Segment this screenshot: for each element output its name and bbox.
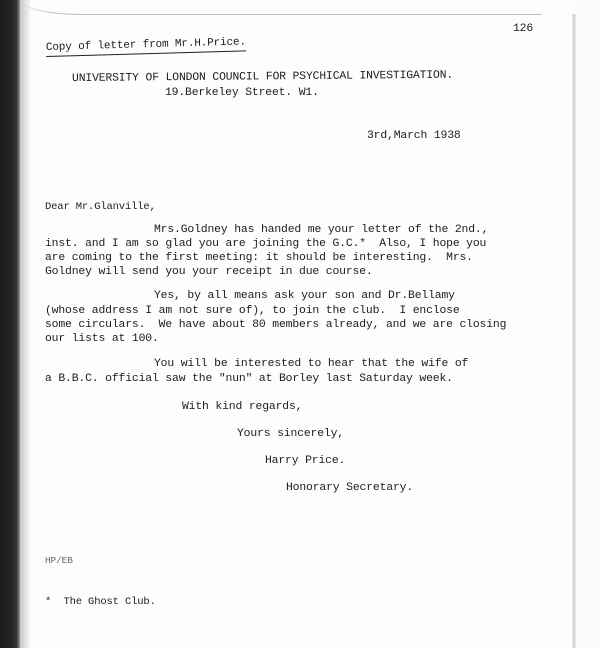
- letterhead-address: 19.Berkeley Street. W1.: [165, 87, 319, 100]
- paragraph-2-line-3: some circulars. We have about 80 members…: [45, 319, 506, 332]
- page-right-edge: [572, 14, 576, 648]
- signatory-title: Honorary Secretary.: [286, 482, 413, 495]
- paragraph-1-line-3: are coming to the first meeting: it shou…: [45, 252, 473, 265]
- paragraph-3-line-2: a B.B.C. official saw the "nun" at Borle…: [45, 373, 453, 386]
- paragraph-2-line-2: (whose address I am not sure of), to joi…: [45, 305, 460, 318]
- paragraph-3-line-1: You will be interested to hear that the …: [154, 358, 468, 371]
- paragraph-1-line-1: Mrs.Goldney has handed me your letter of…: [154, 224, 488, 237]
- paragraph-2-line-1: Yes, by all means ask your son and Dr.Be…: [154, 290, 455, 303]
- page-gutter-shadow: [20, 0, 30, 648]
- paragraph-1-line-2: inst. and I am so glad you are joining t…: [45, 238, 486, 251]
- valediction: Yours sincerely,: [237, 428, 344, 441]
- signature: Harry Price.: [265, 455, 345, 468]
- reference-initials: HP/EB: [45, 554, 73, 567]
- paragraph-1-line-4: Goldney will send you your receipt in du…: [45, 266, 373, 279]
- footnote: * The Ghost Club.: [45, 596, 156, 609]
- page-top-edge: [22, 0, 542, 15]
- book-binding-edge: [0, 0, 20, 648]
- page-number: 126: [513, 23, 533, 36]
- letter-date: 3rd,March 1938: [367, 130, 461, 143]
- underlying-page: [578, 0, 600, 648]
- paragraph-2-line-4: our lists at 100.: [45, 333, 159, 346]
- salutation: Dear Mr.Glanville,: [45, 201, 156, 214]
- closing: With kind regards,: [182, 401, 302, 414]
